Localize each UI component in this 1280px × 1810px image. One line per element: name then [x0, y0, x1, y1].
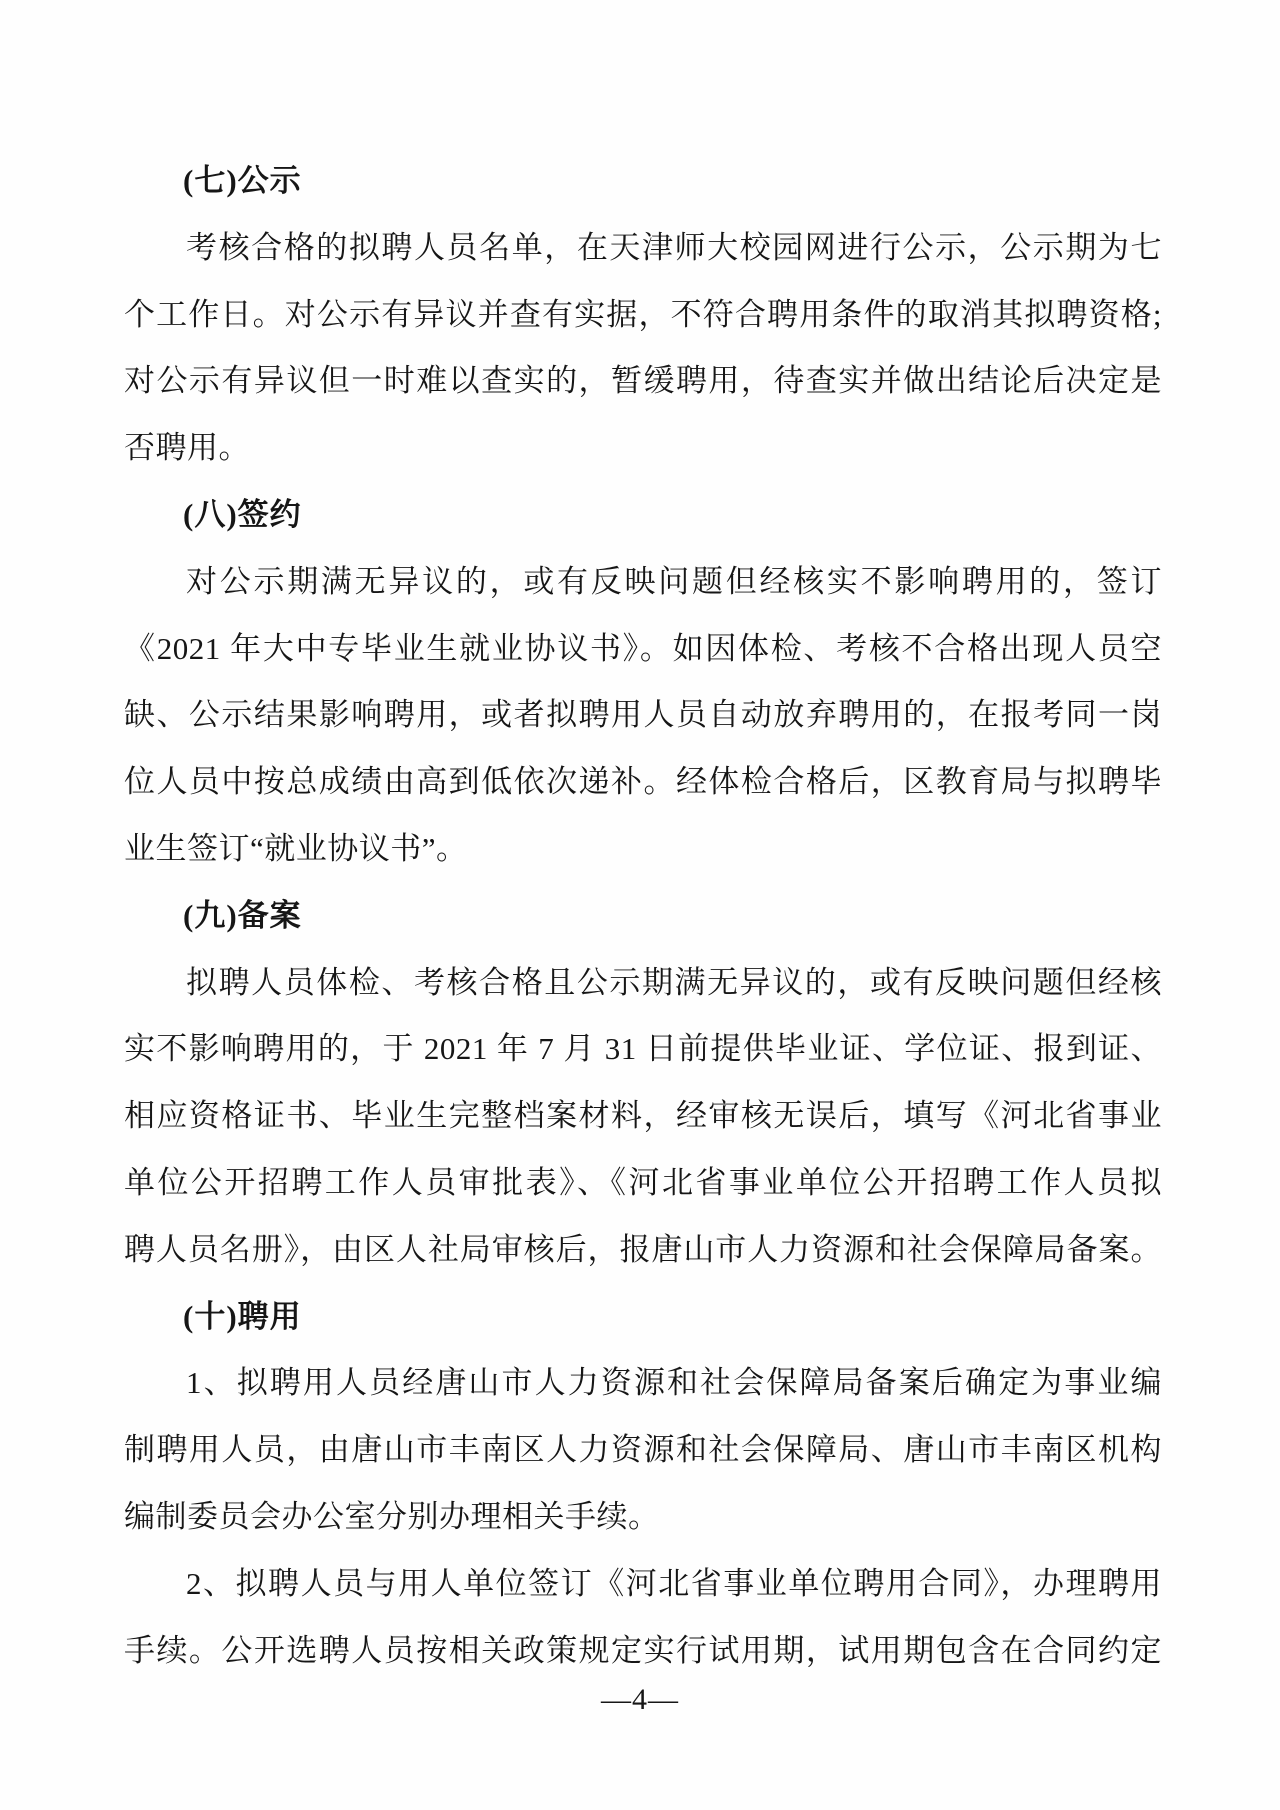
text-line: 拟聘人员体检、考核合格且公示期满无异议的，或有反映问题但经核	[124, 950, 1162, 1017]
section-heading: (十)聘用	[124, 1284, 1162, 1351]
text-line: 单位公开招聘工作人员审批表》、《河北省事业单位公开招聘工作人员拟	[124, 1150, 1162, 1217]
text-line: 编制委员会办公室分别办理相关手续。	[124, 1484, 1162, 1551]
text-line: 手续。公开选聘人员按相关政策规定实行试用期，试用期包含在合同约定	[124, 1618, 1162, 1685]
text-line: 否聘用。	[124, 415, 1162, 482]
text-line: 1、拟聘用人员经唐山市人力资源和社会保障局备案后确定为事业编	[124, 1350, 1162, 1417]
text-line: 2、拟聘人员与用人单位签订《河北省事业单位聘用合同》，办理聘用	[124, 1551, 1162, 1618]
page-number: —4—	[0, 1677, 1280, 1723]
text-line: 考核合格的拟聘人员名单，在天津师大校园网进行公示，公示期为七	[124, 215, 1162, 282]
document-body: (七)公示考核合格的拟聘人员名单，在天津师大校园网进行公示，公示期为七个工作日。…	[124, 148, 1162, 1684]
text-line: 位人员中按总成绩由高到低依次递补。经体检合格后，区教育局与拟聘毕	[124, 749, 1162, 816]
text-line: 相应资格证书、毕业生完整档案材料，经审核无误后，填写《河北省事业	[124, 1083, 1162, 1150]
text-line: 实不影响聘用的，于 2021 年 7 月 31 日前提供毕业证、学位证、报到证、	[124, 1016, 1162, 1083]
text-line: 缺、公示结果影响聘用，或者拟聘用人员自动放弃聘用的，在报考同一岗	[124, 682, 1162, 749]
text-line: 聘人员名册》，由区人社局审核后，报唐山市人力资源和社会保障局备案。	[124, 1217, 1162, 1284]
text-line: 对公示期满无异议的，或有反映问题但经核实不影响聘用的，签订	[124, 549, 1162, 616]
section-heading: (九)备案	[124, 883, 1162, 950]
section-heading: (七)公示	[124, 148, 1162, 215]
text-line: 个工作日。对公示有异议并查有实据，不符合聘用条件的取消其拟聘资格;	[124, 282, 1162, 349]
text-line: 制聘用人员，由唐山市丰南区人力资源和社会保障局、唐山市丰南区机构	[124, 1417, 1162, 1484]
text-line: 对公示有异议但一时难以查实的，暂缓聘用，待查实并做出结论后决定是	[124, 348, 1162, 415]
document-page: (七)公示考核合格的拟聘人员名单，在天津师大校园网进行公示，公示期为七个工作日。…	[0, 0, 1280, 1810]
text-line: 《2021 年大中专毕业生就业协议书》。如因体检、考核不合格出现人员空	[124, 616, 1162, 683]
section-heading: (八)签约	[124, 482, 1162, 549]
text-line: 业生签订“就业协议书”。	[124, 816, 1162, 883]
